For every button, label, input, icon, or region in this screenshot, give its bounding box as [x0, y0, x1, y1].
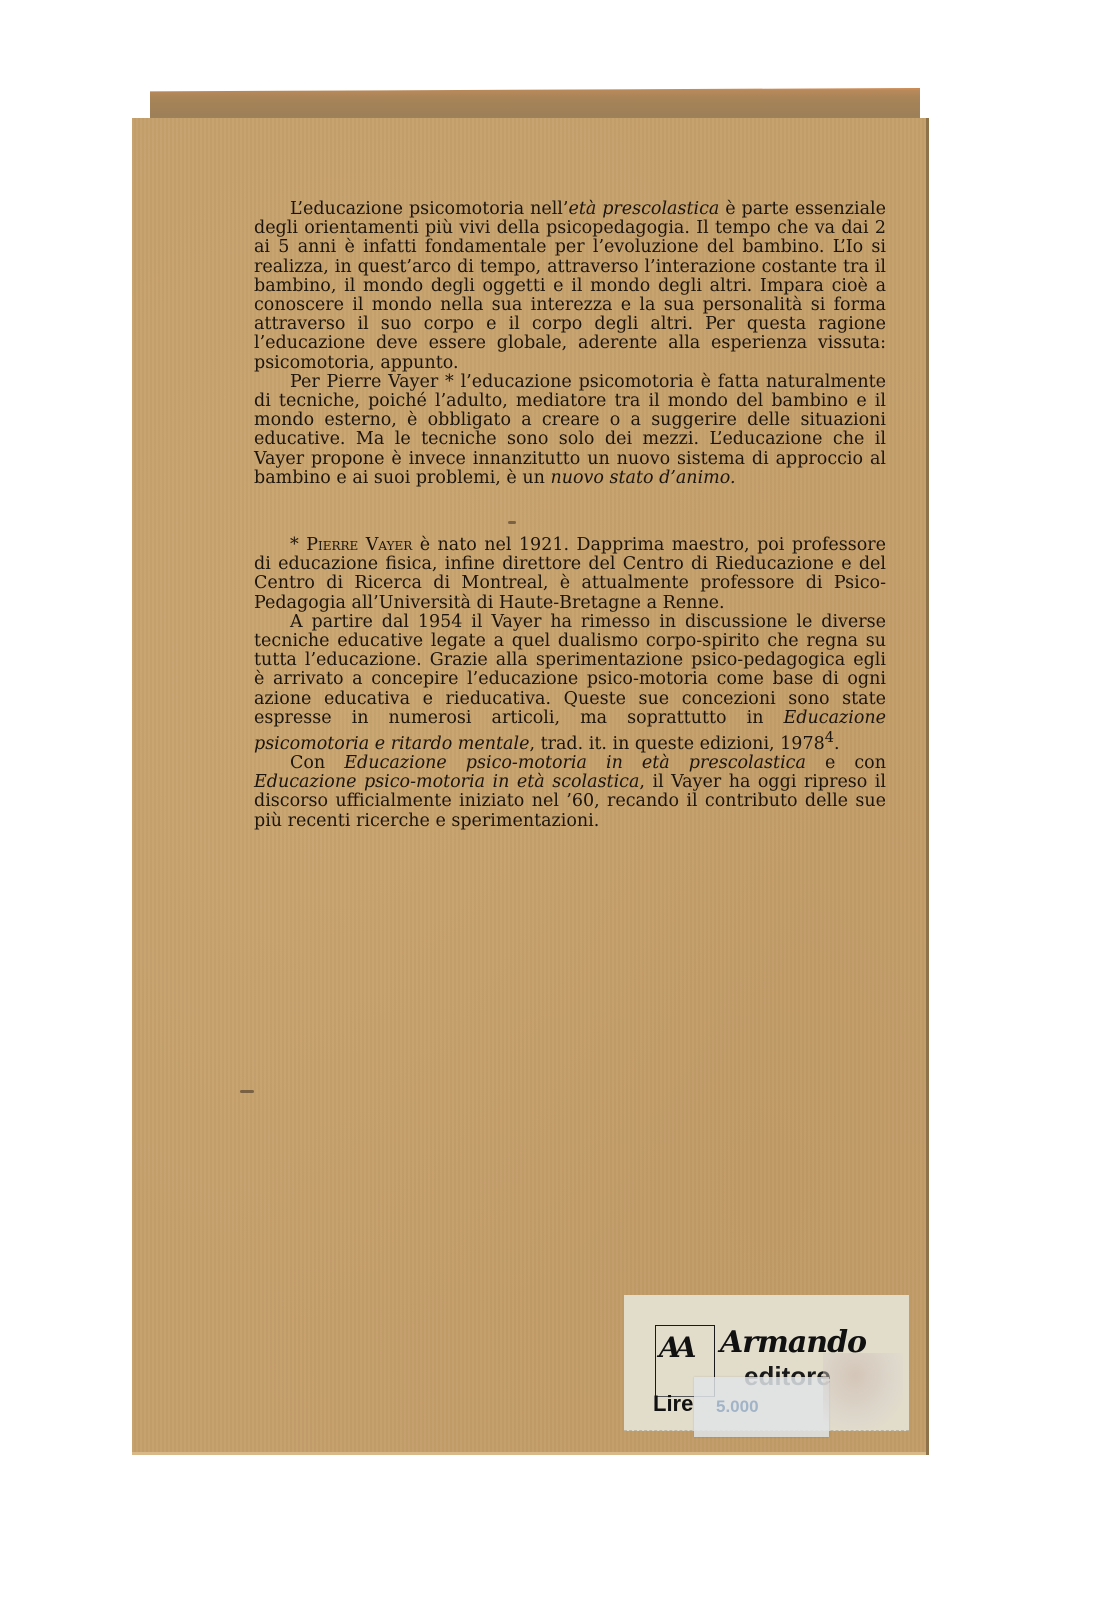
- footnote-superscript: 4: [825, 729, 834, 746]
- footnote-p3-start: Con: [290, 753, 344, 773]
- footnote-paragraph-3: Con Educazione psico-motoria in età pres…: [254, 754, 886, 831]
- price-label: Lire: [653, 1391, 693, 1417]
- publisher-price-sticker: AA Armando editore Lire 5.000: [624, 1295, 909, 1431]
- footnote-paragraph-1: * Pierre Vayer è nato nel 1921. Dapprima…: [254, 536, 886, 613]
- footnote-p3-middle: e con: [806, 753, 886, 773]
- footnote-marker: *: [290, 535, 306, 555]
- price-value: 5.000: [716, 1397, 759, 1417]
- blurb-p2-italic: nuovo stato d’animo.: [550, 468, 735, 488]
- author-name: Pierre Vayer: [306, 535, 412, 555]
- paper-speck: [508, 521, 516, 524]
- paper-speck: [240, 1090, 254, 1093]
- blurb-p1-italic: età prescolastica: [568, 199, 719, 219]
- scanned-page: L’educazione psicomotoria nell’età presc…: [0, 0, 1093, 1600]
- blurb-text: L’educazione psicomotoria nell’età presc…: [254, 200, 886, 488]
- sticker-stain: [823, 1353, 903, 1429]
- footnote-p2-text-b: , trad. it. in queste edizioni, 1978: [529, 734, 824, 754]
- footnote-paragraph-2: A partire dal 1954 il Vayer ha rimesso i…: [254, 613, 886, 754]
- footnote-p2-end: .: [834, 734, 840, 754]
- footnote-p3-italic-1: Educazione psico-motoria in età prescola…: [344, 753, 806, 773]
- book-back-cover: L’educazione psicomotoria nell’età presc…: [132, 118, 929, 1455]
- blurb-p1-text-b: è parte essenziale degli orientamenti pi…: [254, 199, 886, 373]
- blurb-p1-text-a: L’educazione psicomotoria nell’: [290, 199, 568, 219]
- footnote-p3-italic-2: Educazione psico-motoria in età scolasti…: [254, 772, 639, 792]
- author-footnote: * Pierre Vayer è nato nel 1921. Dapprima…: [254, 536, 886, 831]
- tape-over-price: 5.000: [694, 1377, 829, 1437]
- blurb-paragraph-1: L’educazione psicomotoria nell’età presc…: [254, 200, 886, 373]
- publisher-logo-icon: AA: [659, 1331, 690, 1364]
- blurb-paragraph-2: Per Pierre Vayer * l’educazione psicomot…: [254, 373, 886, 488]
